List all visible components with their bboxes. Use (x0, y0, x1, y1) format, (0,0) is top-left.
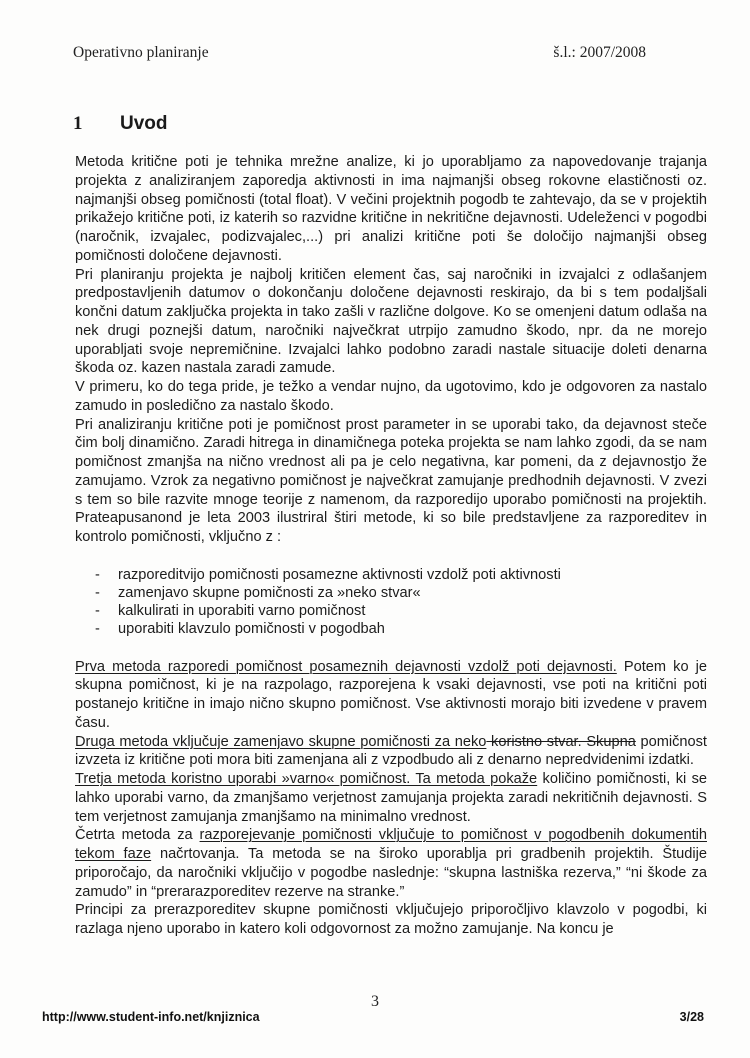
method-2-struck: koristno stvar. Skupna (486, 734, 635, 750)
paragraph-planning-time: Pri planiranju projekta je najbolj kriti… (75, 266, 707, 379)
paragraph-method-2: Druga metoda vključuje zamenjavo skupne … (75, 733, 707, 771)
running-header-title: Operativno planiranje (73, 44, 209, 62)
paragraph-intro: Metoda kritične poti je tehnika mrežne a… (75, 153, 707, 266)
paragraph-method-3: Tretja metoda koristno uporabi »varno« p… (75, 770, 707, 826)
list-item: kalkulirati in uporabiti varno pomičnost (95, 602, 707, 620)
section-number: 1 (73, 113, 120, 135)
list-item: razporeditvijo pomičnosti posamezne akti… (95, 566, 707, 584)
footer-url: http://www.student-info.net/knjiznica (42, 1010, 260, 1024)
section-title: Uvod (120, 113, 168, 135)
paragraph-method-1: Prva metoda razporedi pomičnost posamezn… (75, 658, 707, 733)
list-item: uporabiti klavzulo pomičnosti v pogodbah (95, 620, 707, 638)
paragraph-float-analysis: Pri analiziranju kritične poti je pomičn… (75, 416, 707, 547)
paragraph-method-4: Četrta metoda za razporejevanje pomičnos… (75, 826, 707, 901)
section-heading: 1 Uvod (73, 113, 168, 135)
paragraph-responsibility: V primeru, ko do tega pride, je težko a … (75, 378, 707, 416)
footer-page-count: 3/28 (680, 1010, 704, 1024)
method-1-underlined: Prva metoda razporedi pomičnost posamezn… (75, 659, 617, 675)
running-header-school-year: š.l.: 2007/2008 (553, 44, 646, 62)
paragraph-principles: Principi za prerazporeditev skupne pomič… (75, 901, 707, 939)
document-page: Operativno planiranje š.l.: 2007/2008 1 … (0, 0, 750, 1058)
list-item: zamenjavo skupne pomičnosti za »neko stv… (95, 584, 707, 602)
method-3-underlined: Tretja metoda koristno uporabi »varno« p… (75, 771, 537, 787)
method-4-text: načrtovanja. Ta metoda se na široko upor… (75, 846, 707, 900)
method-2-underlined: Druga metoda vključuje zamenjavo skupne … (75, 734, 486, 750)
page-number: 3 (0, 993, 750, 1011)
body-text: Metoda kritične poti je tehnika mrežne a… (75, 153, 707, 939)
methods-list: razporeditvijo pomičnosti posamezne akti… (75, 566, 707, 639)
method-4-start: Četrta metoda za (75, 827, 200, 843)
